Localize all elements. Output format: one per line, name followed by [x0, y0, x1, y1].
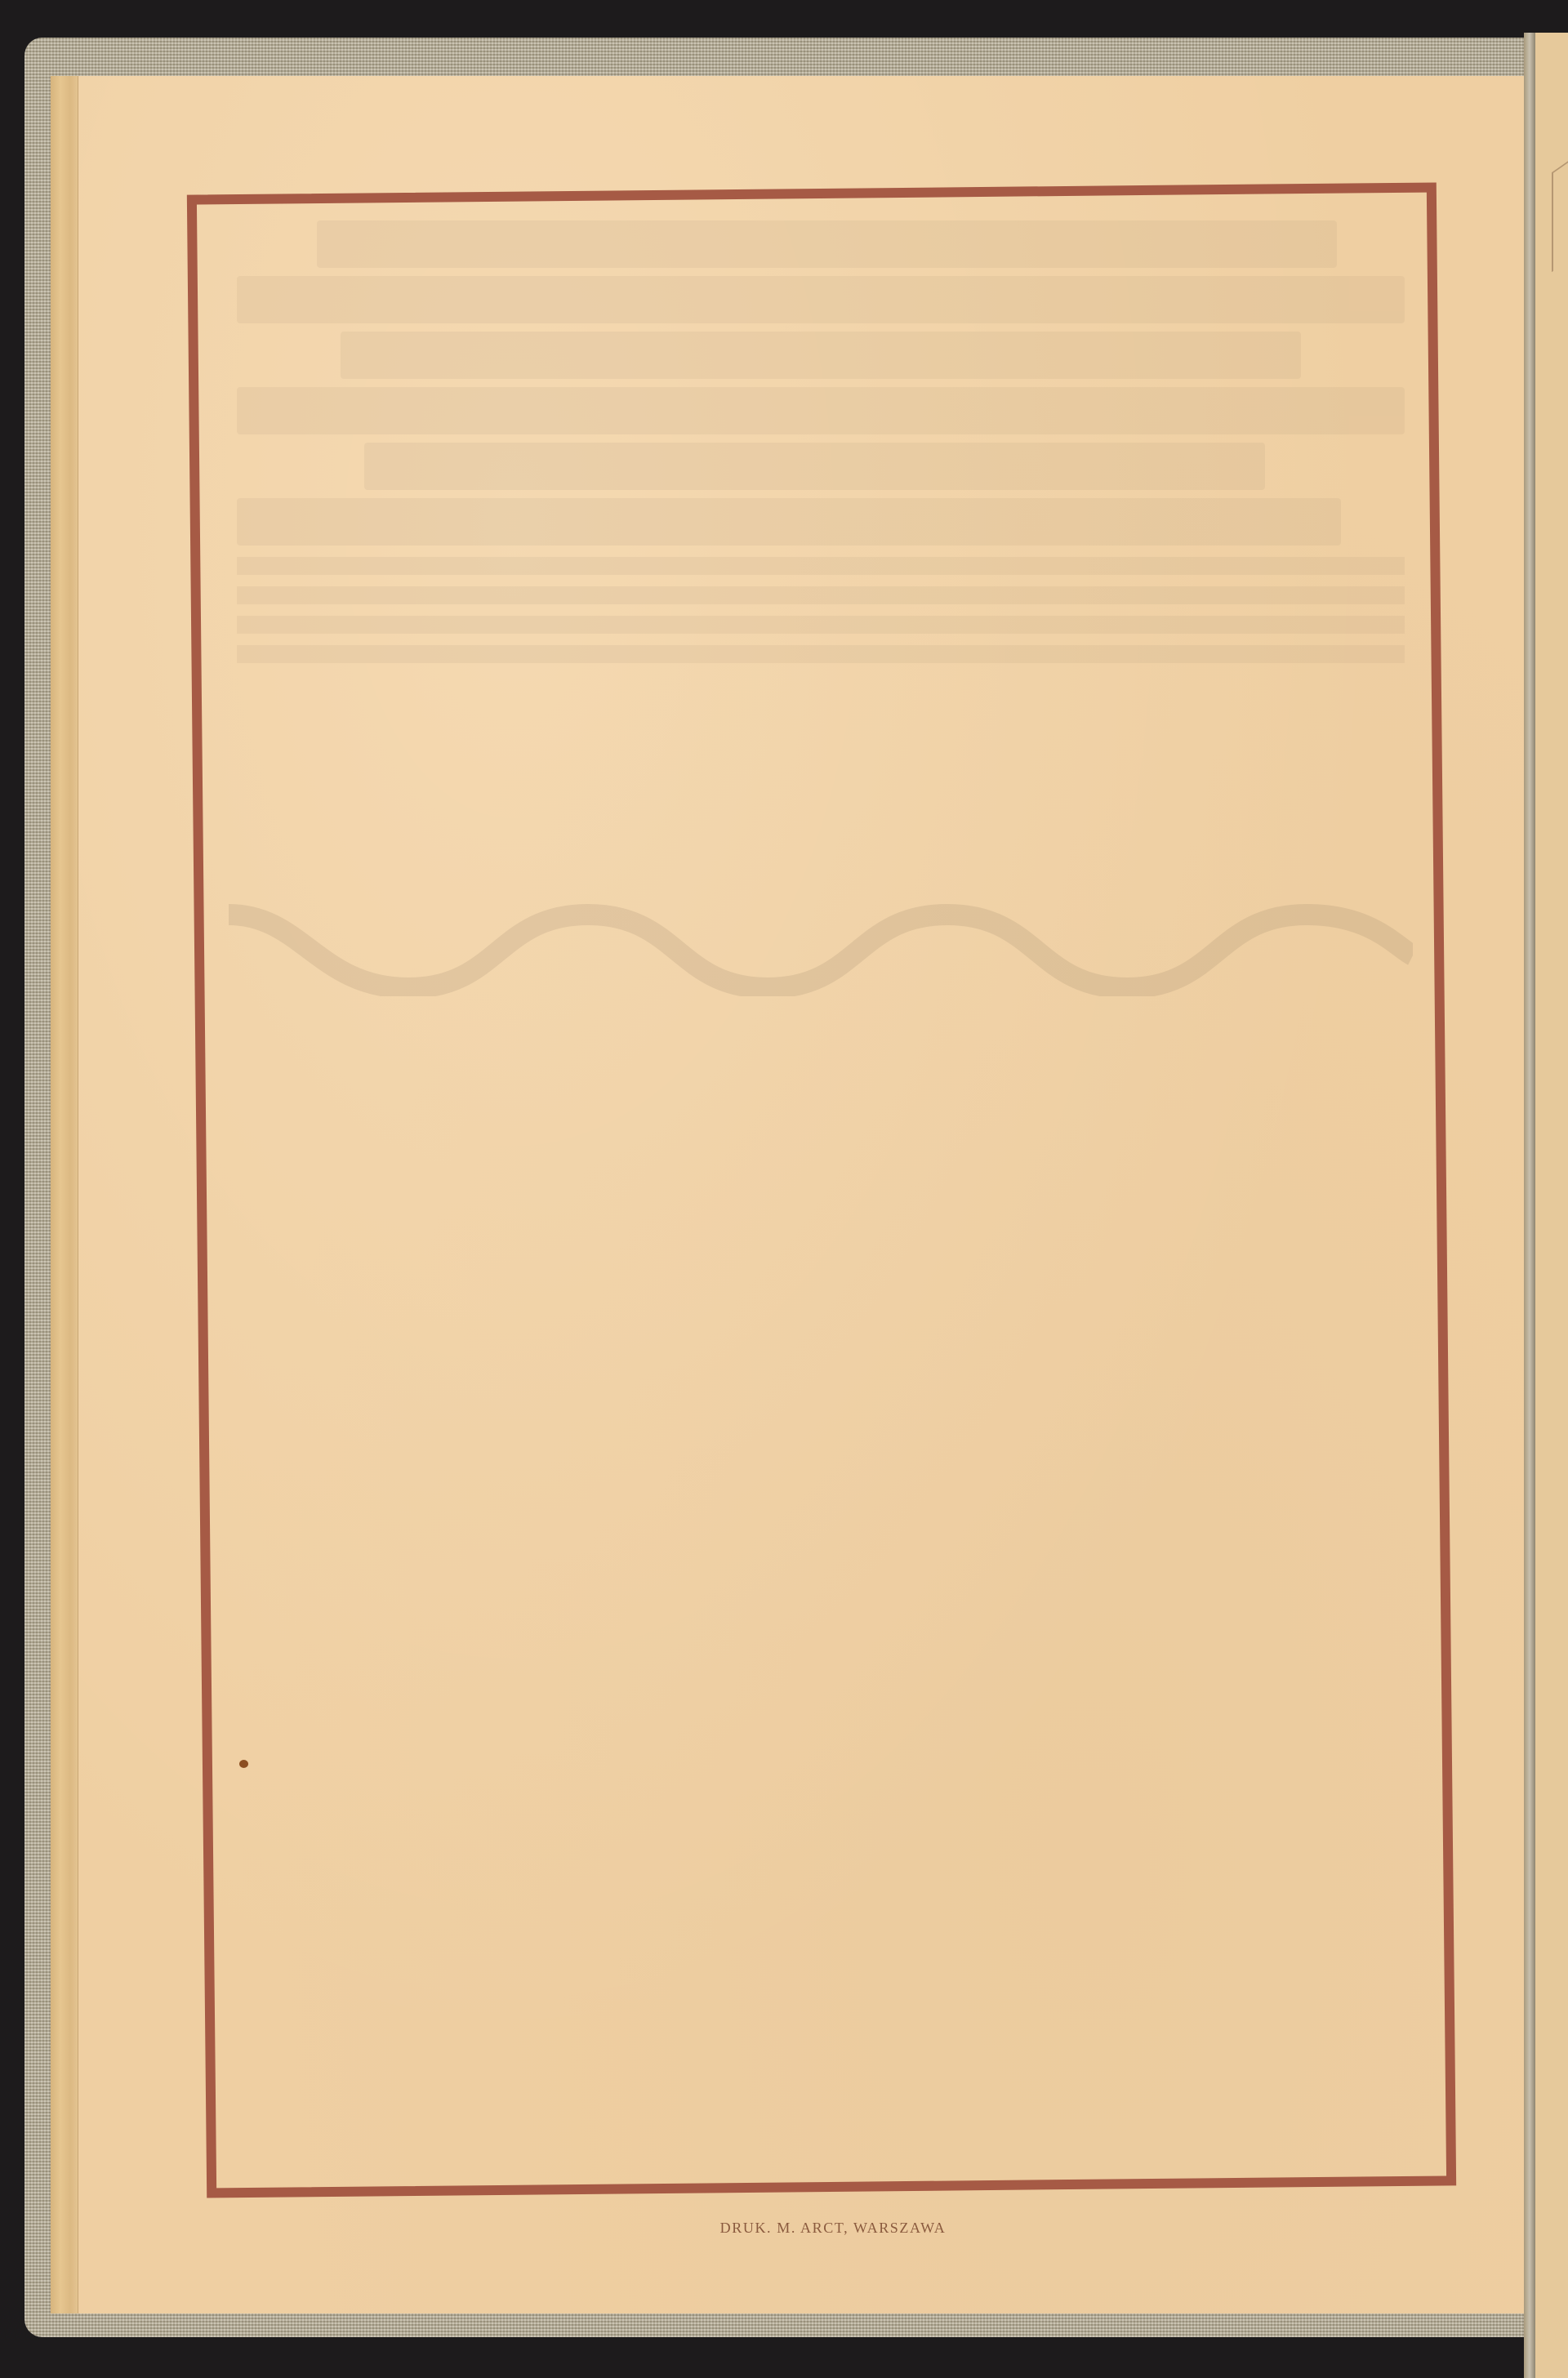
book-gutter — [1524, 33, 1535, 2378]
facing-page-ornament — [1552, 154, 1568, 272]
facing-page-edge — [1535, 33, 1568, 2378]
printer-imprint: DRUK. M. ARCT, WARSZAWA — [670, 2220, 996, 2237]
paper-edge-line — [78, 76, 78, 2313]
decorative-border-frame — [187, 182, 1456, 2198]
ink-spot — [239, 1760, 248, 1768]
